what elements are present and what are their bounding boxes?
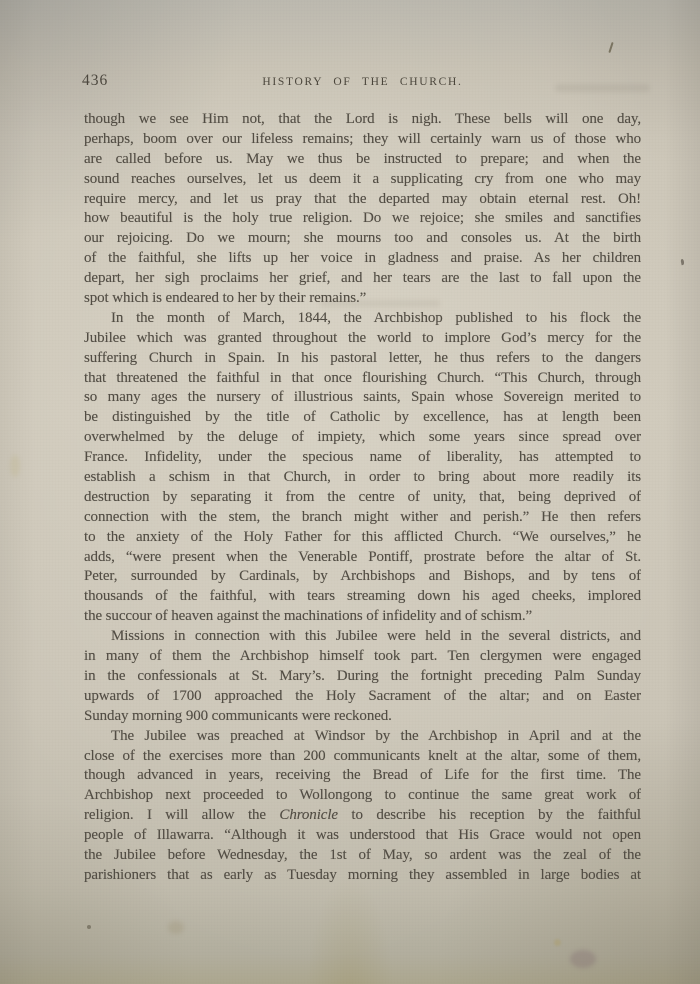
text-run: thousands of the faithful, with tears st… <box>84 588 641 604</box>
paragraph: The Jubilee was preached at Windsor by t… <box>84 727 641 886</box>
italic-run: Chronicle <box>279 807 338 823</box>
text-run: in the confessionals at St. Mary’s. Duri… <box>84 668 641 684</box>
paper-blotch <box>570 950 596 968</box>
text-run: people of Illawarra. “Although it was un… <box>84 827 641 843</box>
text-run: though advanced in years, receiving the … <box>84 767 641 783</box>
text-line: close of the exercises more than 200 com… <box>84 747 641 767</box>
text-run: depart, her sigh proclaims her grief, an… <box>84 270 641 286</box>
text-run: be distinguished by the title of Catholi… <box>84 409 641 425</box>
text-line: that threatened the faithful in that onc… <box>84 369 641 389</box>
text-run: connection with the stem, the branch mig… <box>84 509 641 525</box>
text-line: the succour of heaven against the machin… <box>84 607 641 627</box>
paragraph: though we see Him not, that the Lord is … <box>84 110 641 309</box>
text-run: of the faithful, she lifts up her voice … <box>84 250 641 266</box>
ink-stroke-mark <box>608 42 613 53</box>
text-line: Archbishop next proceeded to Wollongong … <box>84 786 641 806</box>
text-run: so many ages the nursery of illustrious … <box>84 389 641 405</box>
paper-stain-speck <box>554 939 561 946</box>
text-run: the Jubilee before Wednesday, the 1st of… <box>84 847 641 863</box>
paper-stain <box>168 921 184 934</box>
text-line: are called before us. May we thus be ins… <box>84 150 641 170</box>
edge-speck <box>10 455 20 477</box>
running-header: HISTORY OF THE CHURCH. <box>84 76 641 88</box>
ink-speck <box>680 259 684 265</box>
text-line: perhaps, boom over our lifeless remains;… <box>84 130 641 150</box>
text-line: though we see Him not, that the Lord is … <box>84 110 641 130</box>
text-line: The Jubilee was preached at Windsor by t… <box>84 727 641 747</box>
text-line: adds, “were present when the Venerable P… <box>84 548 641 568</box>
text-line: spot which is endeared to her by their r… <box>84 289 641 309</box>
text-line: to the anxiety of the Holy Father for th… <box>84 528 641 548</box>
text-run: sound reaches ourselves, let us deem it … <box>84 171 641 187</box>
text-run: spot which is endeared to her by their r… <box>84 290 366 306</box>
text-run: to describe his reception by the faithfu… <box>338 807 641 823</box>
paragraph: Missions in connection with this Jubilee… <box>84 627 641 726</box>
text-run: parishioners that as early as Tuesday mo… <box>84 867 641 883</box>
text-run: the succour of heaven against the machin… <box>84 608 532 624</box>
text-line: Sunday morning 900 communicants were rec… <box>84 707 641 727</box>
text-line: be distinguished by the title of Catholi… <box>84 408 641 428</box>
text-run: in many of them the Archbishop himself t… <box>84 648 641 664</box>
text-run: overwhelmed by the deluge of impiety, wh… <box>84 429 641 445</box>
text-run: that threatened the faithful in that onc… <box>84 370 641 386</box>
text-run: destruction by separating it from the ce… <box>84 489 641 505</box>
text-run: The Jubilee was preached at Windsor by t… <box>111 728 641 744</box>
text-line: require mercy, and let us pray that the … <box>84 190 641 210</box>
text-run: upwards of 1700 approached the Holy Sacr… <box>84 688 641 704</box>
text-run: Archbishop next proceeded to Wollongong … <box>84 787 641 803</box>
paper-speck <box>87 925 91 929</box>
text-run: Jubilee which was granted throughout the… <box>84 330 641 346</box>
text-run: close of the exercises more than 200 com… <box>84 748 641 764</box>
text-line: destruction by separating it from the ce… <box>84 488 641 508</box>
text-run: how beautiful is the holy true religion.… <box>84 210 641 226</box>
text-line: In the month of March, 1844, the Archbis… <box>84 309 641 329</box>
text-line: parishioners that as early as Tuesday mo… <box>84 866 641 886</box>
text-line: connection with the stem, the branch mig… <box>84 508 641 528</box>
text-line: depart, her sigh proclaims her grief, an… <box>84 269 641 289</box>
text-line: overwhelmed by the deluge of impiety, wh… <box>84 428 641 448</box>
text-line: our rejoicing. Do we mourn; she mourns t… <box>84 229 641 249</box>
text-line: so many ages the nursery of illustrious … <box>84 388 641 408</box>
book-page: 436 HISTORY OF THE CHURCH. though we see… <box>0 0 700 984</box>
text-run: religion. I will allow the <box>84 807 279 823</box>
text-line: people of Illawarra. “Although it was un… <box>84 826 641 846</box>
text-line: establish a schism in that Church, in or… <box>84 468 641 488</box>
text-line: thousands of the faithful, with tears st… <box>84 587 641 607</box>
text-run: adds, “were present when the Venerable P… <box>84 549 641 565</box>
text-line: how beautiful is the holy true religion.… <box>84 209 641 229</box>
text-line: suffering Church in Spain. In his pastor… <box>84 349 641 369</box>
text-line: Jubilee which was granted throughout the… <box>84 329 641 349</box>
text-run: Sunday morning 900 communicants were rec… <box>84 708 392 724</box>
paragraph: In the month of March, 1844, the Archbis… <box>84 309 641 627</box>
text-run: Missions in connection with this Jubilee… <box>111 628 641 644</box>
text-run: to the anxiety of the Holy Father for th… <box>84 529 641 545</box>
text-line: Missions in connection with this Jubilee… <box>84 627 641 647</box>
text-run: perhaps, boom over our lifeless remains;… <box>84 131 641 147</box>
text-line: in many of them the Archbishop himself t… <box>84 647 641 667</box>
text-run: establish a schism in that Church, in or… <box>84 469 641 485</box>
text-line: though advanced in years, receiving the … <box>84 766 641 786</box>
text-run: are called before us. May we thus be ins… <box>84 151 641 167</box>
text-line: upwards of 1700 approached the Holy Sacr… <box>84 687 641 707</box>
text-run: France. Infidelity, under the specious n… <box>84 449 641 465</box>
text-run: suffering Church in Spain. In his pastor… <box>84 350 641 366</box>
text-line: religion. I will allow the Chronicle to … <box>84 806 641 826</box>
text-line: the Jubilee before Wednesday, the 1st of… <box>84 846 641 866</box>
text-run: In the month of March, 1844, the Archbis… <box>111 310 641 326</box>
text-run: though we see Him not, that the Lord is … <box>84 111 641 127</box>
text-run: require mercy, and let us pray that the … <box>84 191 641 207</box>
text-line: in the confessionals at St. Mary’s. Duri… <box>84 667 641 687</box>
text-run: our rejoicing. Do we mourn; she mourns t… <box>84 230 641 246</box>
text-block: though we see Him not, that the Lord is … <box>84 110 641 886</box>
text-line: Peter, surrounded by Cardinals, by Archb… <box>84 567 641 587</box>
scan-frame: { "page": { "number": "436", "running_he… <box>0 0 700 984</box>
text-run: Peter, surrounded by Cardinals, by Archb… <box>84 568 641 584</box>
text-line: of the faithful, she lifts up her voice … <box>84 249 641 269</box>
text-line: France. Infidelity, under the specious n… <box>84 448 641 468</box>
text-line: sound reaches ourselves, let us deem it … <box>84 170 641 190</box>
